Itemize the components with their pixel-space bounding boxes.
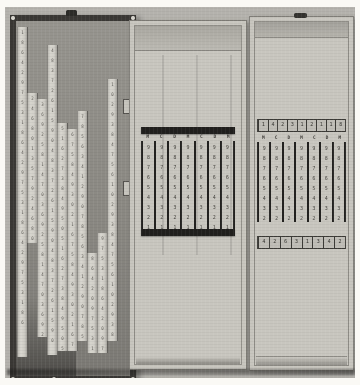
place-value-letter: D <box>321 135 334 142</box>
lower-black-bar <box>141 229 235 236</box>
numbered-rod: 102938475610293847561029384 <box>107 79 118 341</box>
left-rod-case: 186429753186429753186429753186 246801357… <box>10 15 136 378</box>
register-digit: 4 <box>323 237 334 248</box>
place-value-letter: M <box>222 134 235 141</box>
slot-column: 987654321 <box>307 142 319 222</box>
rod-compartment: 186429753186429753186429753186 246801357… <box>16 21 130 376</box>
photograph: 186429753186429753186429753186 246801357… <box>5 7 355 378</box>
column-digit-scale: 987654321 <box>211 145 217 229</box>
rod-digit-scale: 8642097531 <box>90 256 95 353</box>
column-digit-scale: 987654321 <box>311 146 317 222</box>
place-value-letter: C <box>195 134 208 141</box>
slot-column: 987654321 <box>220 141 233 229</box>
rod-digit-scale: 67584930216758493021675849 <box>70 132 75 351</box>
slot-column: 987654321 <box>154 141 167 229</box>
place-value-letter: M <box>257 135 270 142</box>
register-digit: 1 <box>316 120 326 131</box>
column-digit-scale: 987654321 <box>336 146 342 222</box>
bottom-rail <box>256 356 347 365</box>
register-digit: 2 <box>269 237 280 248</box>
register-digit: 4 <box>268 120 278 131</box>
register-digit: 1 <box>297 120 307 131</box>
right-register-board: 142312118 MCDMCDM 987654321 987654321 98… <box>249 16 354 371</box>
slot-column: 987654321 <box>180 141 193 229</box>
rod-digit-scale: 102938475610293847561029384 <box>110 82 115 341</box>
rod-digit-scale: 78563412907856341290785634 <box>80 114 85 341</box>
bottom-smudge <box>136 357 240 364</box>
rod-digit-scale: 51627384950516273849505162 <box>60 126 65 351</box>
middle-computing-board: MCDMCDM 987654321 987654321 987654321 98… <box>129 20 247 370</box>
register-digit: 3 <box>312 237 323 248</box>
slot-column: 987654321 <box>194 141 207 229</box>
register-digit: 2 <box>334 237 345 248</box>
screw <box>11 16 15 20</box>
slot-column: 987654321 <box>141 141 154 229</box>
photo-page: 186429753186429753186429753186 246801357… <box>0 0 360 385</box>
number-columns: 987654321 987654321 987654321 987654321 … <box>141 141 235 229</box>
middle-board-top-rail <box>135 26 241 51</box>
column-digit-scale: 987654321 <box>286 146 292 222</box>
column-letter-header: MCDMCDM <box>257 135 346 142</box>
left-case-knob <box>66 10 77 16</box>
column-letter-header: MCDMCDM <box>141 134 235 141</box>
column-digit-scale: 987654321 <box>274 146 280 222</box>
rod-digit-scale: 186429753186429753186429753186 <box>20 30 25 357</box>
upper-digit-register: 142312118 <box>257 119 346 132</box>
rod-digit-scale: 97531864209753 <box>100 236 105 353</box>
lower-digit-register: 42631342 <box>257 236 346 249</box>
place-value-letter: C <box>308 135 321 142</box>
middle-slot-assembly: MCDMCDM 987654321 987654321 987654321 98… <box>141 127 235 236</box>
column-digit-scale: 987654321 <box>224 145 230 229</box>
register-digit: 1 <box>326 120 336 131</box>
place-value-letter: D <box>282 135 295 142</box>
place-value-letter: M <box>181 134 194 141</box>
rod-digit-scale: 483726159048372615904837261590 <box>50 48 55 355</box>
screw <box>131 377 135 378</box>
column-digit-scale: 987654321 <box>159 145 165 229</box>
right-slot-assembly: 142312118 MCDMCDM 987654321 987654321 98… <box>257 119 346 249</box>
screw <box>11 377 15 378</box>
register-digit: 8 <box>335 120 345 131</box>
screw <box>52 377 56 378</box>
slot-column: 987654321 <box>167 141 180 229</box>
slot-column: 987654321 <box>319 142 331 222</box>
column-digit-scale: 987654321 <box>261 146 267 222</box>
slot-column: 987654321 <box>294 142 306 222</box>
upper-black-bar <box>141 127 235 134</box>
column-digit-scale: 987654321 <box>198 145 204 229</box>
register-digit: 2 <box>306 120 316 131</box>
register-digit: 4 <box>258 237 269 248</box>
slot-column: 987654321 <box>207 141 220 229</box>
right-board-tab <box>294 13 307 18</box>
column-digit-scale: 987654321 <box>146 145 152 229</box>
cast-shadow <box>7 369 355 375</box>
column-digit-scale: 987654321 <box>172 145 178 229</box>
place-value-letter: D <box>168 134 181 141</box>
slot-column: 987654321 <box>269 142 281 222</box>
place-value-letter: M <box>141 134 154 141</box>
slot-column: 987654321 <box>257 142 269 222</box>
register-digit: 6 <box>280 237 291 248</box>
slot-column: 987654321 <box>282 142 294 222</box>
place-value-letter: M <box>333 135 346 142</box>
place-value-letter: M <box>295 135 308 142</box>
number-columns: 987654321 987654321 987654321 987654321 … <box>257 142 346 222</box>
slot-column: 987654321 <box>332 142 344 222</box>
place-value-letter: D <box>208 134 221 141</box>
column-digit-scale: 987654321 <box>185 145 191 229</box>
register-digit: 1 <box>302 237 313 248</box>
right-board-top-rail <box>255 22 348 38</box>
register-digit: 2 <box>277 120 287 131</box>
column-digit-scale: 987654321 <box>298 146 304 222</box>
place-value-letter: C <box>270 135 283 142</box>
column-digit-scale: 987654321 <box>323 146 329 222</box>
register-digit: 1 <box>258 120 268 131</box>
register-digit: 3 <box>287 120 297 131</box>
rod-digit-scale: 24680135792468013579 <box>30 96 35 243</box>
register-digit: 3 <box>291 237 302 248</box>
rod-digit-scale: 369258147036925814703692 <box>40 102 45 337</box>
place-value-letter: C <box>154 134 167 141</box>
